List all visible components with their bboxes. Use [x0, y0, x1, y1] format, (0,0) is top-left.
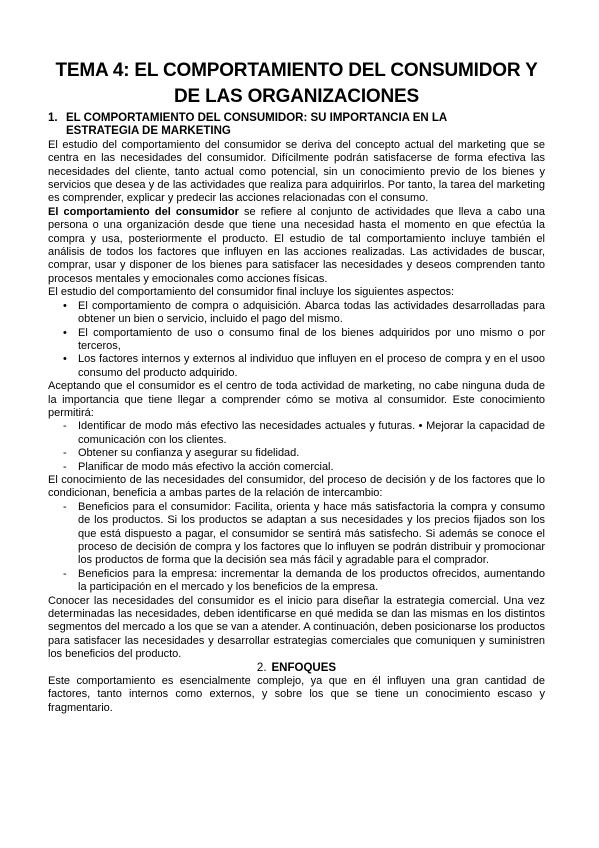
paragraph-1: El estudio del comportamiento del consum… [48, 139, 545, 206]
paragraph-3: El estudio del comportamiento del consum… [48, 286, 545, 299]
list-item-text: Beneficios para la empresa: incrementar … [78, 568, 545, 595]
paragraph-4: Aceptando que el consumidor es el centro… [48, 380, 545, 420]
list-item: • Los factores internos y externos al in… [48, 353, 545, 380]
list-item-text: Los factores internos y externos al indi… [78, 353, 545, 380]
section-1-heading: 1. EL COMPORTAMIENTO DEL CONSUMIDOR: SU … [48, 112, 545, 139]
list-item-text: Planificar de modo más efectivo la acció… [78, 461, 545, 474]
document-title: TEMA 4: EL COMPORTAMIENTO DEL CONSUMIDOR… [48, 58, 545, 110]
list-item-text: Identificar de modo más efectivo las nec… [78, 420, 545, 447]
list-item-text: Obtener su confianza y asegurar su fidel… [78, 447, 545, 460]
paragraph-5: El conocimiento de las necesidades del c… [48, 474, 545, 501]
document-page: TEMA 4: EL COMPORTAMIENTO DEL CONSUMIDOR… [0, 0, 599, 848]
list-item: - Obtener su confianza y asegurar su fid… [48, 447, 545, 460]
list-item: - Identificar de modo más efectivo las n… [48, 420, 545, 447]
bullet-icon: • [63, 327, 78, 354]
list-item-text: El comportamiento de compra o adquisició… [78, 300, 545, 327]
list-item-text: Beneficios para el consumidor: Facilita,… [78, 501, 545, 568]
document-content: TEMA 4: EL COMPORTAMIENTO DEL CONSUMIDOR… [48, 58, 545, 715]
paragraph-6: Conocer las necesidades del consumidor e… [48, 595, 545, 662]
paragraph-7: Este comportamiento es esencialmente com… [48, 675, 545, 715]
list-item: - Planificar de modo más efectivo la acc… [48, 461, 545, 474]
paragraph-2: El comportamiento del consumidor se refi… [48, 206, 545, 286]
dash-icon: - [63, 461, 78, 474]
list-item: • El comportamiento de compra o adquisic… [48, 300, 545, 327]
list-item-text: El comportamiento de uso o consumo final… [78, 327, 545, 354]
dash-icon: - [63, 568, 78, 595]
dash-icon: - [63, 501, 78, 568]
section-1-title: EL COMPORTAMIENTO DEL CONSUMIDOR: SU IMP… [66, 112, 448, 139]
section-2-number: 2. [257, 662, 267, 674]
paragraph-2-bold-lead: El comportamiento del consumidor [48, 206, 239, 218]
bullet-icon: • [63, 300, 78, 327]
bullet-icon: • [63, 353, 78, 380]
section-1-number: 1. [48, 112, 66, 139]
list-item: - Beneficios para el consumidor: Facilit… [48, 501, 545, 568]
dash-icon: - [63, 447, 78, 460]
section-2-heading: 2.ENFOQUES [48, 662, 545, 675]
dash-icon: - [63, 420, 78, 447]
section-2-title: ENFOQUES [272, 662, 337, 674]
list-item: - Beneficios para la empresa: incrementa… [48, 568, 545, 595]
list-item: • El comportamiento de uso o consumo fin… [48, 327, 545, 354]
